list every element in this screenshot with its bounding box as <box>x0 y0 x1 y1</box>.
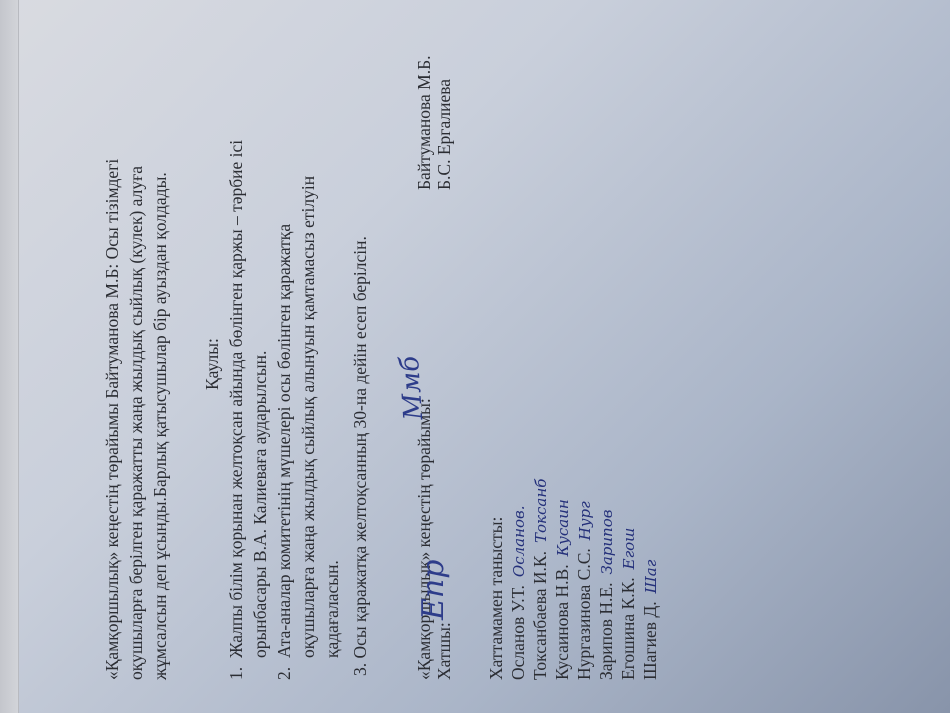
intro-line-1: «Қамқоршылық» кеңестің төрайымы Байтуман… <box>100 159 124 680</box>
resolution-item-2-cont: оқушыларға жаңа жылдық сыйлық алынуын қа… <box>296 176 320 658</box>
resolution-item-2: 2.Ата-аналар комитетінің мүшелері осы бө… <box>272 224 296 680</box>
item-text: Жалпы білім қорынан желтоқсан айында бөл… <box>226 140 246 658</box>
chair-signature: Ммб <box>398 355 426 421</box>
ack-name: Осланов У.Т. <box>508 585 528 680</box>
ack-signature: Кусаин <box>554 499 572 556</box>
secretary-name: Б.С. Ергалиева <box>432 79 456 190</box>
paper-edge <box>0 0 19 713</box>
ack-signature: Егош <box>620 528 638 570</box>
ack-name: Зарипов Н.Е. <box>596 583 616 680</box>
resolution-item-1: 1.Жалпы білім қорынан желтоқсан айында б… <box>224 140 248 680</box>
acknowledged-heading: Хаттамамен танысты: <box>484 517 508 680</box>
intro-line-2: оқушыларға берілген қаражатты жаңа жылды… <box>124 166 148 680</box>
intro-line-3: жұмсалсын деп ұсынды.Барлық қатысушылар … <box>148 172 172 680</box>
ack-name: Кусаинова Н.В. <box>552 564 572 680</box>
item-text: Ата-аналар комитетінің мүшелері осы бөлі… <box>274 224 294 658</box>
resolution-item-1-cont: орынбасары В.А. Калиеваға аударылсын. <box>248 351 272 658</box>
item-number: 2. <box>272 658 296 680</box>
document-page: «Қамқоршылық» кеңестің төрайымы Байтуман… <box>100 20 700 680</box>
secretary-signature: Епр <box>422 560 446 620</box>
ack-signature: Осланов. <box>510 506 528 578</box>
item-text: Осы қаражатқа желтоқсанның 30-на дейін е… <box>350 236 370 658</box>
ack-name: Нургазинова С.С. <box>574 548 594 680</box>
ack-row: Шагиев Д.Шаг <box>638 560 663 680</box>
ack-signature: Шаг <box>642 560 660 594</box>
ack-name: Токсанбаева И.К. <box>530 551 550 680</box>
ack-signature: Зарипов <box>598 510 616 575</box>
resolution-heading: Қаулы: <box>200 338 224 390</box>
secretary-label: Хатшы: <box>432 622 456 680</box>
resolution-item-3: 3. Осы қаражатқа желтоқсанның 30-на дейі… <box>348 236 372 676</box>
item-number: 3. <box>350 663 370 676</box>
ack-name: Егошина К.К. <box>618 577 638 680</box>
item-number: 1. <box>224 658 248 680</box>
resolution-item-2-cont2: қадағаласын. <box>320 560 344 658</box>
ack-name: Шагиев Д. <box>640 601 660 680</box>
ack-signature: Нург <box>576 501 594 540</box>
ack-signature: Токсанб <box>532 479 550 543</box>
